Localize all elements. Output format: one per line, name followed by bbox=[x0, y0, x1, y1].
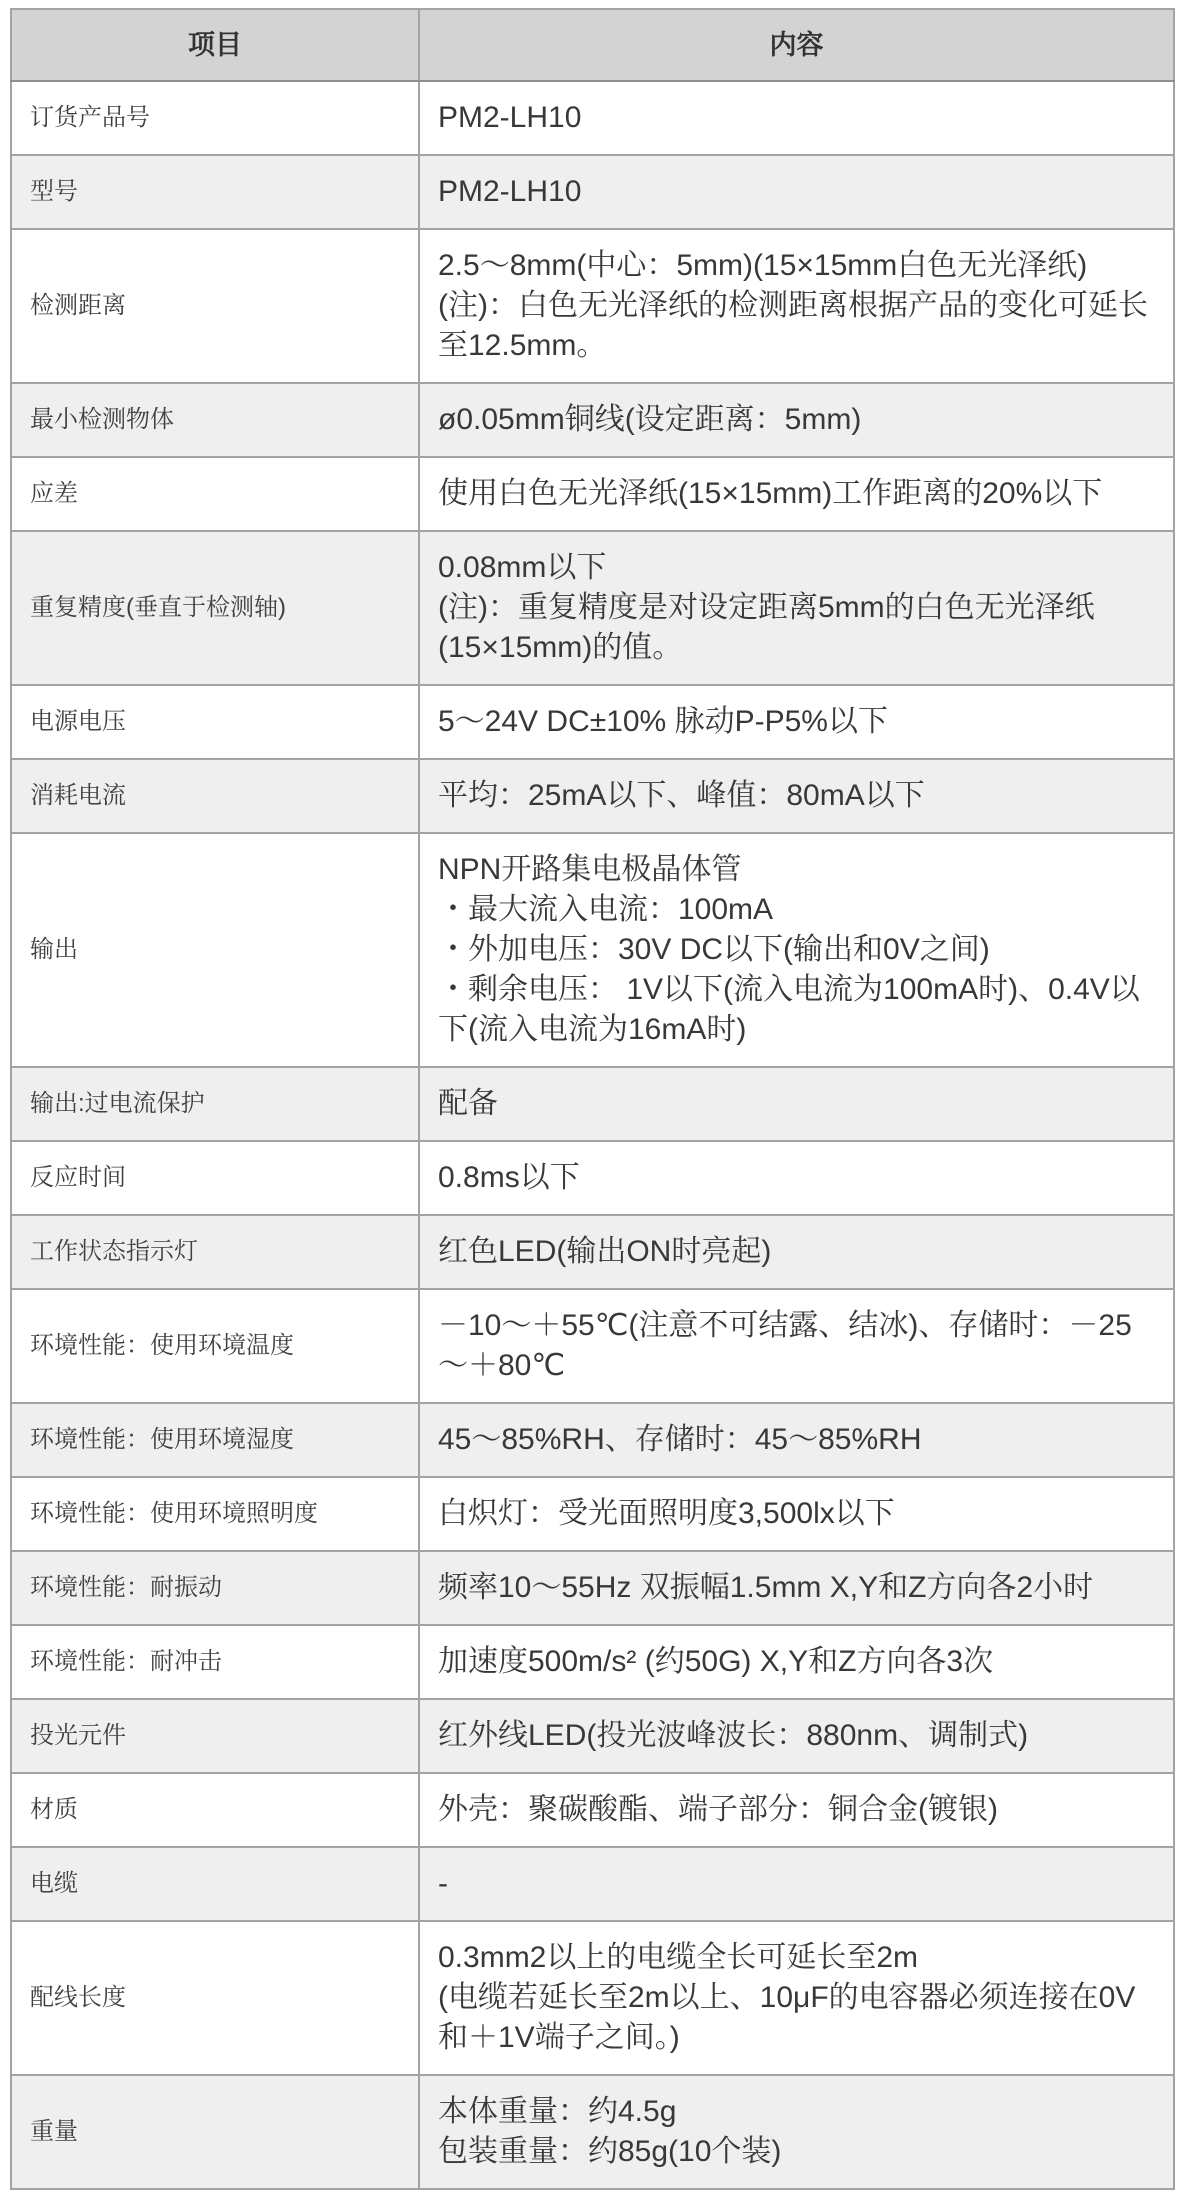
spec-value: －10～＋55℃(注意不可结露、结冰)、存储时：－25～＋80℃ bbox=[419, 1289, 1174, 1403]
spec-label: 消耗电流 bbox=[11, 759, 419, 833]
spec-value: 白炽灯：受光面照明度3,500lx以下 bbox=[419, 1477, 1174, 1551]
header-cell-content: 内容 bbox=[419, 9, 1174, 81]
spec-value: 频率10～55Hz 双振幅1.5mm X,Y和Z方向各2小时 bbox=[419, 1551, 1174, 1625]
table-row: 环境性能：耐冲击 加速度500m/s² (约50G) X,Y和Z方向各3次 bbox=[11, 1625, 1174, 1699]
spec-label: 环境性能：使用环境湿度 bbox=[11, 1403, 419, 1477]
spec-value: 2.5～8mm(中心：5mm)(15×15mm白色无光泽纸) (注)：白色无光泽… bbox=[419, 229, 1174, 383]
table-row: 反应时间 0.8ms以下 bbox=[11, 1141, 1174, 1215]
spec-label: 环境性能：使用环境温度 bbox=[11, 1289, 419, 1403]
spec-value: 0.08mm以下 (注)：重复精度是对设定距离5mm的白色无光泽纸(15×15m… bbox=[419, 531, 1174, 685]
spec-label: 电源电压 bbox=[11, 685, 419, 759]
spec-label: 检测距离 bbox=[11, 229, 419, 383]
table-row: 订货产品号 PM2-LH10 bbox=[11, 81, 1174, 155]
spec-label: 重量 bbox=[11, 2075, 419, 2189]
table-row: 检测距离 2.5～8mm(中心：5mm)(15×15mm白色无光泽纸) (注)：… bbox=[11, 229, 1174, 383]
page: 项目 内容 订货产品号 PM2-LH10 型号 PM2-LH10 检测距离 2.… bbox=[0, 0, 1185, 2197]
spec-label: 订货产品号 bbox=[11, 81, 419, 155]
table-row: 环境性能：耐振动 频率10～55Hz 双振幅1.5mm X,Y和Z方向各2小时 bbox=[11, 1551, 1174, 1625]
table-row: 电缆 - bbox=[11, 1847, 1174, 1921]
spec-value: 外壳：聚碳酸酯、端子部分：铜合金(镀银) bbox=[419, 1773, 1174, 1847]
spec-label: 型号 bbox=[11, 155, 419, 229]
table-row: 电源电压 5～24V DC±10% 脉动P-P5%以下 bbox=[11, 685, 1174, 759]
spec-value: 0.3mm2以上的电缆全长可延长至2m (电缆若延长至2m以上、10μF的电容器… bbox=[419, 1921, 1174, 2075]
spec-value: PM2-LH10 bbox=[419, 81, 1174, 155]
spec-label: 重复精度(垂直于检测轴) bbox=[11, 531, 419, 685]
table-row: 材质 外壳：聚碳酸酯、端子部分：铜合金(镀银) bbox=[11, 1773, 1174, 1847]
table-row: 重量 本体重量：约4.5g 包装重量：约85g(10个装) bbox=[11, 2075, 1174, 2189]
spec-label: 反应时间 bbox=[11, 1141, 419, 1215]
spec-value: 配备 bbox=[419, 1067, 1174, 1141]
table-row: 消耗电流 平均：25mA以下、峰值：80mA以下 bbox=[11, 759, 1174, 833]
spec-value: 红色LED(输出ON时亮起) bbox=[419, 1215, 1174, 1289]
spec-value: 0.8ms以下 bbox=[419, 1141, 1174, 1215]
table-row: 最小检测物体 ø0.05mm铜线(设定距离：5mm) bbox=[11, 383, 1174, 457]
header-row: 项目 内容 bbox=[11, 9, 1174, 81]
spec-value: 红外线LED(投光波峰波长：880nm、调制式) bbox=[419, 1699, 1174, 1773]
spec-value: 45～85%RH、存储时：45～85%RH bbox=[419, 1403, 1174, 1477]
spec-label: 环境性能：使用环境照明度 bbox=[11, 1477, 419, 1551]
table-row: 应差 使用白色无光泽纸(15×15mm)工作距离的20%以下 bbox=[11, 457, 1174, 531]
spec-label: 配线长度 bbox=[11, 1921, 419, 2075]
table-row: 环境性能：使用环境温度 －10～＋55℃(注意不可结露、结冰)、存储时：－25～… bbox=[11, 1289, 1174, 1403]
spec-label: 环境性能：耐振动 bbox=[11, 1551, 419, 1625]
spec-value: - bbox=[419, 1847, 1174, 1921]
spec-value: ø0.05mm铜线(设定距离：5mm) bbox=[419, 383, 1174, 457]
spec-value: PM2-LH10 bbox=[419, 155, 1174, 229]
spec-value: 本体重量：约4.5g 包装重量：约85g(10个装) bbox=[419, 2075, 1174, 2189]
spec-value: 平均：25mA以下、峰值：80mA以下 bbox=[419, 759, 1174, 833]
spec-label: 应差 bbox=[11, 457, 419, 531]
table-row: 输出:过电流保护 配备 bbox=[11, 1067, 1174, 1141]
table-row: 重复精度(垂直于检测轴) 0.08mm以下 (注)：重复精度是对设定距离5mm的… bbox=[11, 531, 1174, 685]
table-row: 环境性能：使用环境湿度 45～85%RH、存储时：45～85%RH bbox=[11, 1403, 1174, 1477]
table-row: 配线长度 0.3mm2以上的电缆全长可延长至2m (电缆若延长至2m以上、10μ… bbox=[11, 1921, 1174, 2075]
table-row: 环境性能：使用环境照明度 白炽灯：受光面照明度3,500lx以下 bbox=[11, 1477, 1174, 1551]
spec-label: 最小检测物体 bbox=[11, 383, 419, 457]
table-row: 工作状态指示灯 红色LED(输出ON时亮起) bbox=[11, 1215, 1174, 1289]
spec-label: 电缆 bbox=[11, 1847, 419, 1921]
spec-label: 输出 bbox=[11, 833, 419, 1067]
spec-table: 项目 内容 订货产品号 PM2-LH10 型号 PM2-LH10 检测距离 2.… bbox=[10, 8, 1175, 2190]
spec-label: 材质 bbox=[11, 1773, 419, 1847]
header-cell-item: 项目 bbox=[11, 9, 419, 81]
table-row: 型号 PM2-LH10 bbox=[11, 155, 1174, 229]
table-row: 输出 NPN开路集电极晶体管 ・最大流入电流：100mA ・外加电压：30V D… bbox=[11, 833, 1174, 1067]
spec-label: 环境性能：耐冲击 bbox=[11, 1625, 419, 1699]
spec-label: 工作状态指示灯 bbox=[11, 1215, 419, 1289]
spec-label: 投光元件 bbox=[11, 1699, 419, 1773]
spec-value: 加速度500m/s² (约50G) X,Y和Z方向各3次 bbox=[419, 1625, 1174, 1699]
spec-value: 使用白色无光泽纸(15×15mm)工作距离的20%以下 bbox=[419, 457, 1174, 531]
spec-label: 输出:过电流保护 bbox=[11, 1067, 419, 1141]
table-row: 投光元件 红外线LED(投光波峰波长：880nm、调制式) bbox=[11, 1699, 1174, 1773]
spec-value: 5～24V DC±10% 脉动P-P5%以下 bbox=[419, 685, 1174, 759]
spec-value: NPN开路集电极晶体管 ・最大流入电流：100mA ・外加电压：30V DC以下… bbox=[419, 833, 1174, 1067]
